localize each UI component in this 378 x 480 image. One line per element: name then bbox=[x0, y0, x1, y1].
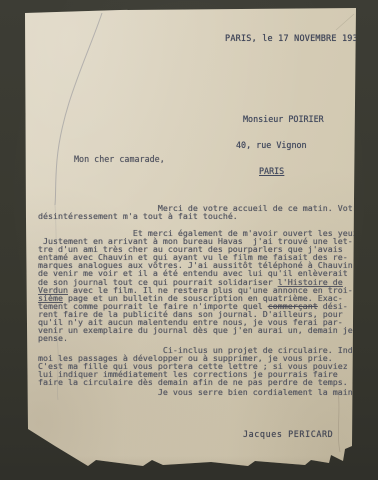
text-segment: désintéressement m'a tout à fait touché. bbox=[38, 211, 238, 221]
text-segment: venir un exemplaire du journal dès que j… bbox=[38, 325, 353, 335]
letter-paper: PARIS, le 17 NOVEMBRE 1931 Monsieur POIR… bbox=[0, 0, 378, 480]
letter-line: venir un exemplaire du journal dès que j… bbox=[38, 326, 363, 334]
paragraph: Merci de votre accueil de ce matin. Votr… bbox=[38, 204, 363, 220]
paragraph: Ci-inclus un projet de circulaire. Indiq… bbox=[38, 346, 378, 386]
recipient-city: PARIS bbox=[259, 167, 324, 176]
letter-line: pense. bbox=[38, 334, 363, 342]
recipient-street: 40, rue Vignon bbox=[236, 141, 324, 150]
recipient-block: Monsieur POIRIER 40, rue Vignon PARIS bbox=[236, 97, 324, 194]
letter-line: faire la circulaire dès demain afin de n… bbox=[38, 378, 378, 386]
scan-background: PARIS, le 17 NOVEMBRE 1931 Monsieur POIR… bbox=[0, 0, 378, 480]
text-segment: Je vous serre bien cordialement la main, bbox=[38, 387, 358, 397]
letter-line: désintéressement m'a tout à fait touché. bbox=[38, 212, 363, 220]
dateline: PARIS, le 17 NOVEMBRE 1931 bbox=[225, 34, 363, 44]
text-segment: faire la circulaire dès demain afin de n… bbox=[38, 377, 348, 387]
signature: Jacques PERICARD bbox=[243, 429, 333, 439]
recipient-name: Monsieur POIRIER bbox=[243, 115, 324, 124]
paragraph: Je vous serre bien cordialement la main, bbox=[38, 388, 358, 396]
letter-line: Je vous serre bien cordialement la main, bbox=[38, 388, 358, 396]
text-segment: pense. bbox=[38, 333, 68, 343]
salutation: Mon cher camarade, bbox=[74, 154, 165, 164]
paragraph: Et merci également de m'avoir ouvert les… bbox=[38, 229, 363, 342]
